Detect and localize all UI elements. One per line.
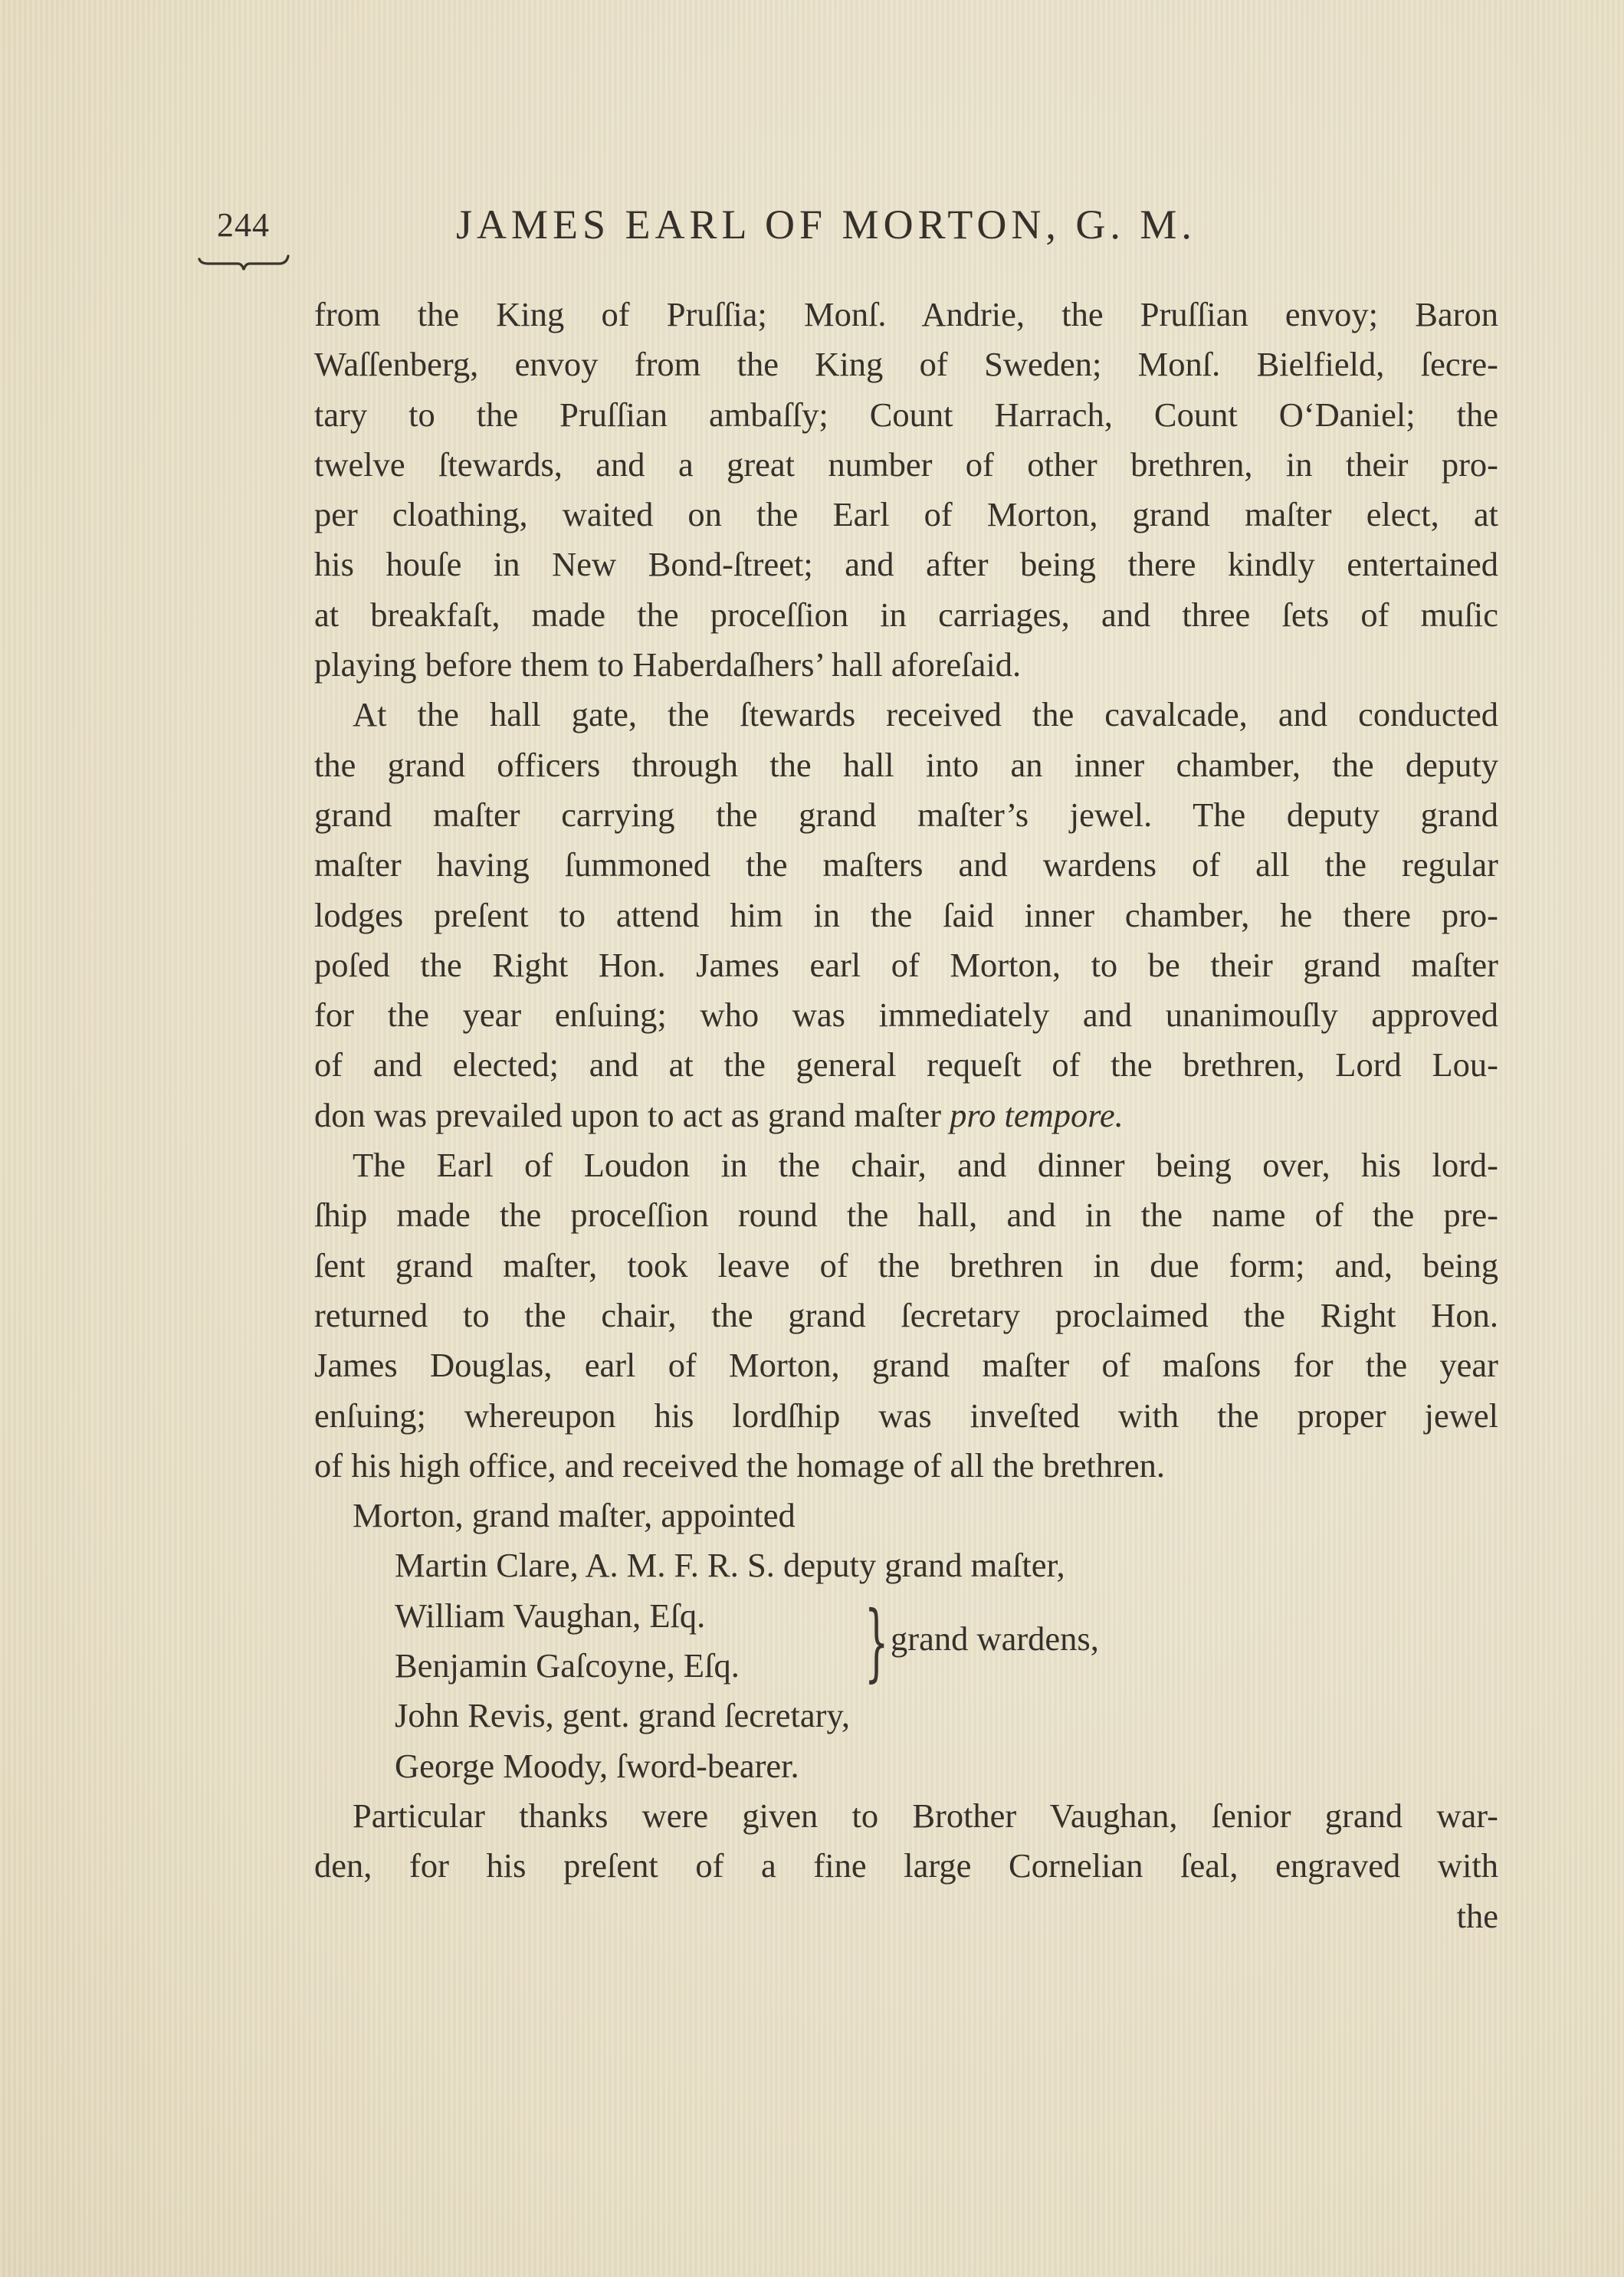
text-line: from the King of Pruſſia; Monſ. Andrie, … [314, 290, 1498, 340]
paragraph-3: The Earl of Loudon in the chair, and din… [314, 1140, 1498, 1491]
text-line: The Earl of Loudon in the chair, and din… [314, 1140, 1498, 1190]
text-line: lodges preſent to attend him in the ſaid… [314, 891, 1498, 940]
text-line: of his high office, and received the hom… [314, 1441, 1498, 1491]
appointments-intro: Morton, grand maſter, appointed [314, 1491, 1498, 1540]
page-body: from the King of Pruſſia; Monſ. Andrie, … [314, 290, 1498, 1941]
text-line: returned to the chair, the grand ſecreta… [314, 1291, 1498, 1340]
text-line: den, for his preſent of a fine large Cor… [314, 1841, 1498, 1891]
text-line: Waſſenberg, envoy from the King of Swede… [314, 340, 1498, 389]
text-line: the grand officers through the hall into… [314, 740, 1498, 790]
text-line: grand maſter carrying the grand maſter’s… [314, 790, 1498, 840]
running-head: JAMES EARL OF MORTON, G. M. [456, 201, 1196, 248]
text-line: at breakfaſt, made the proceſſion in car… [314, 590, 1498, 640]
appointment-sword-bearer: George Moody, ſword-bearer. [314, 1741, 1498, 1791]
page-number: 244 [217, 205, 270, 244]
text-line: his houſe in New Bond-ſtreet; and after … [314, 540, 1498, 589]
appointment-deputy: Martin Clare, A. M. F. R. S. deputy gran… [314, 1540, 1498, 1590]
text-line: maſter having ſummoned the maſters and w… [314, 840, 1498, 890]
wardens-role: grand wardens, [891, 1614, 1099, 1664]
text-line: Particular thanks were given to Brother … [314, 1791, 1498, 1841]
text-line: playing before them to Haberdaſhers’ hal… [314, 640, 1498, 690]
text-line: per cloathing, waited on the Earl of Mor… [314, 490, 1498, 540]
catchword: the [314, 1891, 1498, 1941]
text-line: tary to the Pruſſian ambaſſy; Count Harr… [314, 390, 1498, 440]
text-line: twelve ſtewards, and a great number of o… [314, 440, 1498, 490]
brace-ornament-icon [198, 253, 290, 276]
text-line: enſuing; whereupon his lordſhip was inve… [314, 1391, 1498, 1441]
text-line: poſed the Right Hon. James earl of Morto… [314, 940, 1498, 990]
paragraph-1: from the King of Pruſſia; Monſ. Andrie, … [314, 290, 1498, 690]
text-line: At the hall gate, the ſtewards received … [314, 690, 1498, 740]
text-line: ſhip made the proceſſion round the hall,… [314, 1190, 1498, 1240]
text-line: ſent grand maſter, took leave of the bre… [314, 1241, 1498, 1291]
paragraph-2: At the hall gate, the ſtewards received … [314, 690, 1498, 1140]
text-segment: don was prevailed upon to act as grand m… [314, 1096, 950, 1134]
text-line: don was prevailed upon to act as grand m… [314, 1091, 1498, 1140]
text-line: James Douglas, earl of Morton, grand maſ… [314, 1340, 1498, 1390]
text-line: for the year enſuing; who was immediatel… [314, 990, 1498, 1040]
appointment-wardens: William Vaughan, Eſq. Benjamin Gaſcoyne,… [314, 1591, 1498, 1691]
appointments-list: Morton, grand maſter, appointed Martin C… [314, 1491, 1498, 1791]
bracket-icon: } [864, 1603, 889, 1680]
italic-phrase: pro tempore. [950, 1096, 1124, 1134]
text-line: of and elected; and at the general reque… [314, 1040, 1498, 1090]
paragraph-4: Particular thanks were given to Brother … [314, 1791, 1498, 1891]
appointment-secretary: John Revis, gent. grand ſecretary, [314, 1691, 1498, 1741]
